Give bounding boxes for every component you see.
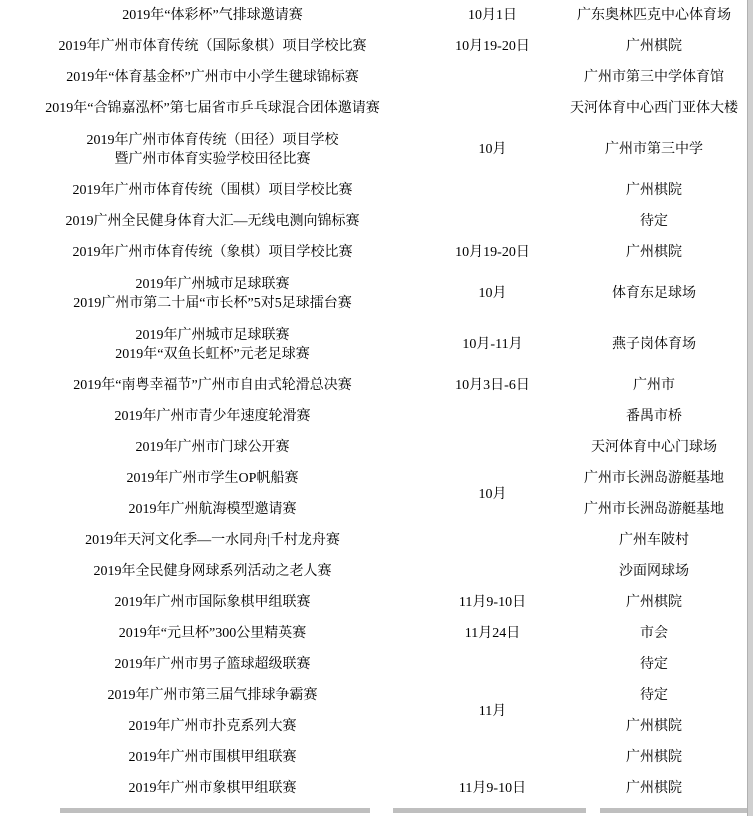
- table-row: 2019年广州城市足球联赛2019年“双鱼长虹杯”元老足球赛10月-11月燕子岗…: [0, 319, 748, 370]
- date-cell: [425, 556, 560, 587]
- table-row: 2019年广州市青少年速度轮滑赛番禺市桥: [0, 401, 748, 432]
- date-cell: 10月: [425, 463, 560, 525]
- venue-cell: 广州市长洲岛游艇基地: [560, 494, 748, 525]
- event-name-cell: 2019年“合锦嘉泓杯”第七届省市乒乓球混合团体邀请赛: [0, 93, 425, 124]
- table-row: 2019年广州市体育传统（田径）项目学校暨广州市体育实验学校田径比赛10月广州市…: [0, 124, 748, 175]
- page-edge-strip: [747, 0, 753, 816]
- venue-cell: 待定: [560, 206, 748, 237]
- events-schedule-table: 2019年“体彩杯”气排球邀请赛10月1日广东奥林匹克中心体育场2019年广州市…: [0, 0, 748, 804]
- document-page: 2019年“体彩杯”气排球邀请赛10月1日广东奥林匹克中心体育场2019年广州市…: [0, 0, 753, 816]
- table-row: 2019年天河文化季—一水同舟|千村龙舟赛广州车陂村: [0, 525, 748, 556]
- table-row: 2019年广州市国际象棋甲组联赛11月9-10日广州棋院: [0, 587, 748, 618]
- venue-cell: 广州棋院: [560, 237, 748, 268]
- event-name-cell: 2019年广州市青少年速度轮滑赛: [0, 401, 425, 432]
- date-cell: [425, 93, 560, 124]
- event-name-cell: 2019年广州市体育传统（象棋）项目学校比赛: [0, 237, 425, 268]
- table-gridline-segment: [60, 808, 370, 813]
- table-row: 2019年广州市体育传统（象棋）项目学校比赛10月19-20日广州棋院: [0, 237, 748, 268]
- table-row: 2019年广州航海模型邀请赛广州市长洲岛游艇基地: [0, 494, 748, 525]
- date-cell: 10月: [425, 124, 560, 175]
- table-row: 2019年“合锦嘉泓杯”第七届省市乒乓球混合团体邀请赛天河体育中心西门亚体大楼: [0, 93, 748, 124]
- event-name-cell: 2019年广州市门球公开赛: [0, 432, 425, 463]
- venue-cell: 广州棋院: [560, 742, 748, 773]
- table-row: 2019年“南粤幸福节”广州市自由式轮滑总决赛10月3日-6日广州市: [0, 370, 748, 401]
- date-cell: [425, 62, 560, 93]
- table-row: 2019年广州市体育传统（国际象棋）项目学校比赛10月19-20日广州棋院: [0, 31, 748, 62]
- table-row: 2019年广州市第三届气排球争霸赛待定: [0, 680, 748, 711]
- venue-cell: 广州棋院: [560, 711, 748, 742]
- date-cell: [425, 206, 560, 237]
- date-cell: 10月19-20日: [425, 31, 560, 62]
- table-row: 2019年广州市男子篮球超级联赛11月待定: [0, 649, 748, 680]
- table-row: 2019年广州市扑克系列大赛广州棋院: [0, 711, 748, 742]
- table-gridline-segment: [393, 808, 586, 813]
- event-name-cell: 2019年“南粤幸福节”广州市自由式轮滑总决赛: [0, 370, 425, 401]
- table-row: 2019年广州市象棋甲组联赛11月9-10日广州棋院: [0, 773, 748, 804]
- event-name-cell: 2019年广州市扑克系列大赛: [0, 711, 425, 742]
- venue-cell: 待定: [560, 649, 748, 680]
- event-name-cell: 2019年广州市男子篮球超级联赛: [0, 649, 425, 680]
- event-name-cell: 2019广州全民健身体育大汇—无线电测向锦标赛: [0, 206, 425, 237]
- event-name-cell: 2019年“体彩杯”气排球邀请赛: [0, 0, 425, 31]
- event-name-cell: 2019年全民健身网球系列活动之老人赛: [0, 556, 425, 587]
- event-name-cell: 2019年“元旦杯”300公里精英赛: [0, 618, 425, 649]
- event-name-cell: 2019年广州市学生OP帆船赛: [0, 463, 425, 494]
- table-row: 2019年全民健身网球系列活动之老人赛沙面网球场: [0, 556, 748, 587]
- event-name-cell: 2019年广州城市足球联赛2019年“双鱼长虹杯”元老足球赛: [0, 319, 425, 370]
- venue-cell: 广州市第三中学: [560, 124, 748, 175]
- venue-cell: 广东奥林匹克中心体育场: [560, 0, 748, 31]
- venue-cell: 天河体育中心门球场: [560, 432, 748, 463]
- date-cell: 10月19-20日: [425, 237, 560, 268]
- venue-cell: 市会: [560, 618, 748, 649]
- venue-cell: 广州车陂村: [560, 525, 748, 556]
- date-cell: [425, 432, 560, 463]
- venue-cell: 广州棋院: [560, 175, 748, 206]
- date-cell: 11月9-10日: [425, 773, 560, 804]
- date-cell: 10月3日-6日: [425, 370, 560, 401]
- venue-cell: 燕子岗体育场: [560, 319, 748, 370]
- event-name-cell: 2019年广州市第三届气排球争霸赛: [0, 680, 425, 711]
- event-name-cell: 2019年天河文化季—一水同舟|千村龙舟赛: [0, 525, 425, 556]
- event-name-cell: 2019年广州市围棋甲组联赛: [0, 742, 425, 773]
- date-cell: 11月24日: [425, 618, 560, 649]
- event-name-cell: 2019年广州市体育传统（田径）项目学校暨广州市体育实验学校田径比赛: [0, 124, 425, 175]
- event-name-cell: 2019年广州市国际象棋甲组联赛: [0, 587, 425, 618]
- venue-cell: 广州市第三中学体育馆: [560, 62, 748, 93]
- table-row: 2019年广州市体育传统（围棋）项目学校比赛广州棋院: [0, 175, 748, 206]
- event-name-cell: 2019年广州城市足球联赛2019广州市第二十届“市长杯”5对5足球擂台赛: [0, 268, 425, 319]
- date-cell: [425, 175, 560, 206]
- date-cell: [425, 401, 560, 432]
- venue-cell: 体育东足球场: [560, 268, 748, 319]
- table-row: 2019年广州城市足球联赛2019广州市第二十届“市长杯”5对5足球擂台赛10月…: [0, 268, 748, 319]
- table-row: 2019年广州市围棋甲组联赛广州棋院: [0, 742, 748, 773]
- table-row: 2019年广州市学生OP帆船赛10月广州市长洲岛游艇基地: [0, 463, 748, 494]
- event-name-cell: 2019年广州市体育传统（围棋）项目学校比赛: [0, 175, 425, 206]
- venue-cell: 待定: [560, 680, 748, 711]
- venue-cell: 广州棋院: [560, 31, 748, 62]
- event-name-cell: 2019年广州航海模型邀请赛: [0, 494, 425, 525]
- date-cell: 11月9-10日: [425, 587, 560, 618]
- venue-cell: 广州市: [560, 370, 748, 401]
- date-cell: [425, 525, 560, 556]
- date-cell: 10月-11月: [425, 319, 560, 370]
- table-row: 2019年“体彩杯”气排球邀请赛10月1日广东奥林匹克中心体育场: [0, 0, 748, 31]
- table-row: 2019年“体育基金杯”广州市中小学生毽球锦标赛广州市第三中学体育馆: [0, 62, 748, 93]
- venue-cell: 番禺市桥: [560, 401, 748, 432]
- date-cell: 10月: [425, 268, 560, 319]
- venue-cell: 广州棋院: [560, 773, 748, 804]
- table-gridline-segment: [600, 808, 748, 813]
- venue-cell: 沙面网球场: [560, 556, 748, 587]
- date-cell: 10月1日: [425, 0, 560, 31]
- event-name-cell: 2019年广州市体育传统（国际象棋）项目学校比赛: [0, 31, 425, 62]
- venue-cell: 广州棋院: [560, 587, 748, 618]
- event-name-cell: 2019年“体育基金杯”广州市中小学生毽球锦标赛: [0, 62, 425, 93]
- table-row: 2019年广州市门球公开赛天河体育中心门球场: [0, 432, 748, 463]
- schedule-table-body: 2019年“体彩杯”气排球邀请赛10月1日广东奥林匹克中心体育场2019年广州市…: [0, 0, 748, 804]
- venue-cell: 广州市长洲岛游艇基地: [560, 463, 748, 494]
- table-row: 2019年“元旦杯”300公里精英赛11月24日市会: [0, 618, 748, 649]
- venue-cell: 天河体育中心西门亚体大楼: [560, 93, 748, 124]
- date-cell: 11月: [425, 649, 560, 773]
- event-name-cell: 2019年广州市象棋甲组联赛: [0, 773, 425, 804]
- table-row: 2019广州全民健身体育大汇—无线电测向锦标赛待定: [0, 206, 748, 237]
